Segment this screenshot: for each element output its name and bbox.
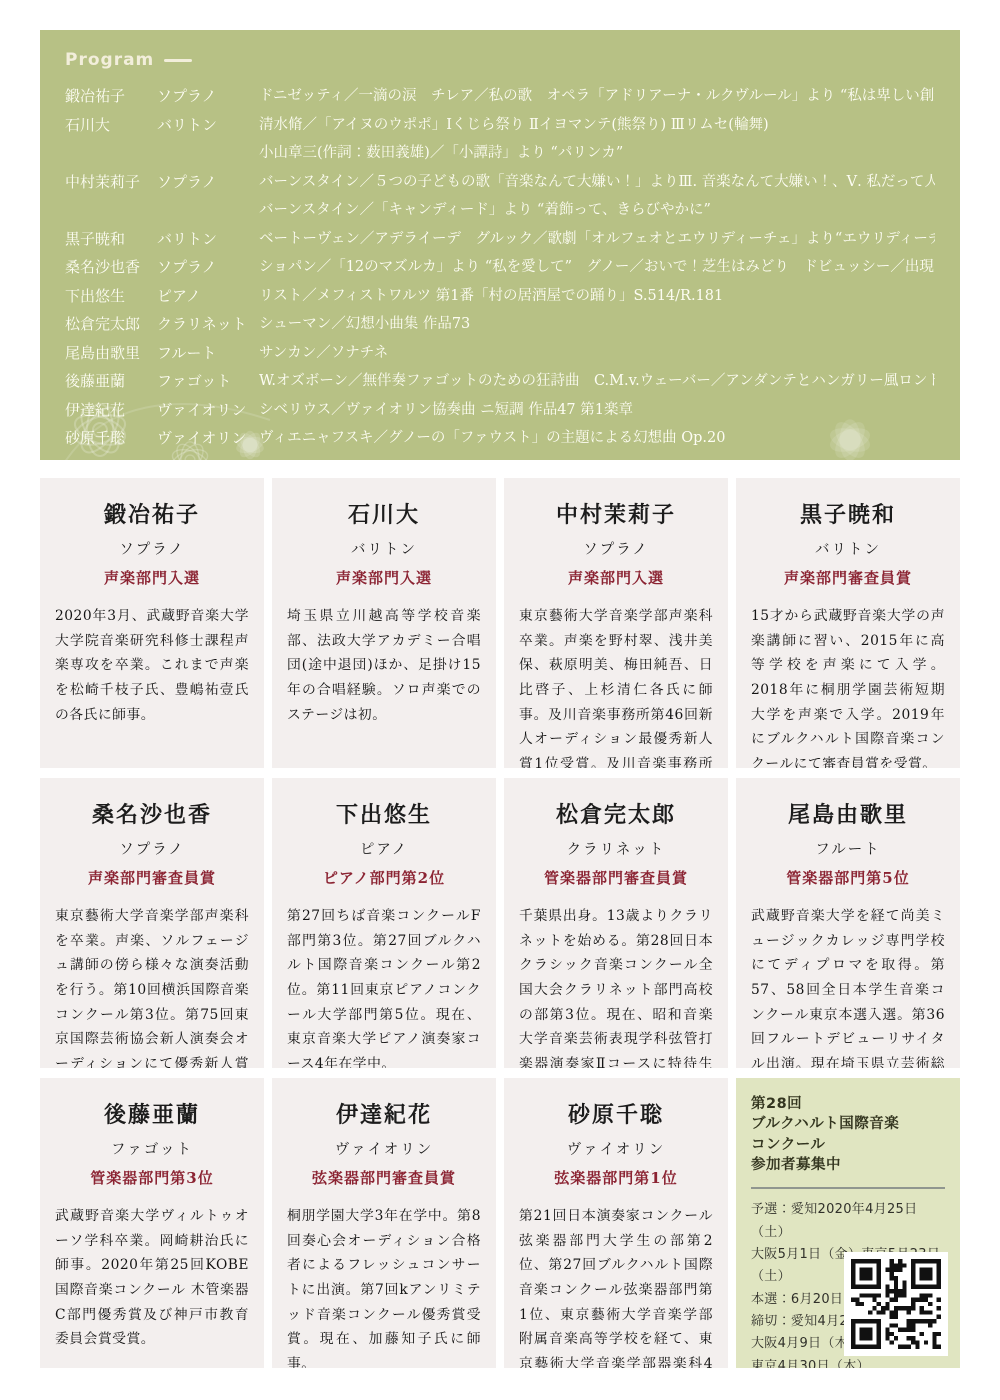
competition-notice: 第28回ブルクハルト国際音楽コンクール参加者募集中 予選：愛知2020年4月25… xyxy=(736,1078,960,1368)
profile-name: 尾島由歌里 xyxy=(751,802,945,828)
program-row: 黒子暁和 バリトン ベートーヴェン／アデライーデ グルック／歌劇「オルフェオとエ… xyxy=(65,225,935,254)
notice-title-line: 第28回 xyxy=(751,1094,945,1114)
program-header-dash xyxy=(164,59,192,62)
performer-name: 下出悠生 xyxy=(65,282,157,311)
notice-body-line: 東京4月30日（木） xyxy=(751,1356,945,1368)
notice-title-line: 参加者募集中 xyxy=(751,1155,945,1175)
profile-award: 弦楽器部門審査員賞 xyxy=(287,1167,481,1188)
performer-name: 伊達紀花 xyxy=(65,396,157,425)
profile-bio: 2020年3月、武蔵野音楽大学大学院音楽研究科修士課程声楽専攻を卒業。これまで声… xyxy=(55,604,249,727)
performer-name: 後藤亜蘭 xyxy=(65,367,157,396)
performer-pieces: バーンスタイン／５つの子どもの歌「音楽なんて大嫌い！」よりⅢ. 音楽なんて大嫌い… xyxy=(259,168,935,225)
profile-card: 伊達紀花 ヴァイオリン 弦楽器部門審査員賞 桐朋学園大学3年在学中。第8回奏心会… xyxy=(272,1078,496,1368)
profile-name: 桑名沙也香 xyxy=(55,802,249,828)
profile-part: ソプラノ xyxy=(55,538,249,559)
profile-card: 後藤亜蘭 ファゴット 管楽器部門第3位 武蔵野音楽大学ヴィルトゥオーソ学科卒業。… xyxy=(40,1078,264,1368)
notice-title-line: コンクール xyxy=(751,1135,945,1155)
profile-part: ソプラノ xyxy=(55,838,249,859)
performer-part: ヴァイオリン xyxy=(157,424,259,453)
program-row: 後藤亜蘭 ファゴット W.オズボーン／無伴奏ファゴットのための狂詩曲 C.M.v… xyxy=(65,367,935,396)
qr-code-icon xyxy=(851,1259,941,1349)
profile-part: ヴァイオリン xyxy=(519,1138,713,1159)
profile-name: 中村茉莉子 xyxy=(519,502,713,528)
profile-award: 管楽器部門第3位 xyxy=(55,1167,249,1188)
performer-name: 松倉完太郎 xyxy=(65,310,157,339)
performer-pieces: シベリウス／ヴァイオリン協奏曲 ニ短調 作品47 第1楽章 xyxy=(259,396,935,425)
piece-line: リスト／メフィストワルツ 第1番「村の居酒屋での踊り」S.514/R.181 xyxy=(259,282,935,311)
notice-title: 第28回ブルクハルト国際音楽コンクール参加者募集中 xyxy=(751,1094,945,1175)
profile-bio: 武蔵野音楽大学ヴィルトゥオーソ学科卒業。岡崎耕治氏に師事。2020年第25回KO… xyxy=(55,1204,249,1351)
profile-card: 砂原千聡 ヴァイオリン 弦楽器部門第1位 第21回日本演奏家コンクール弦楽器部門… xyxy=(504,1078,728,1368)
piece-line: シューマン／幻想小曲集 作品73 xyxy=(259,310,935,339)
profile-card: 松倉完太郎 クラリネット 管楽器部門審査員賞 千葉県出身。13歳よりクラリネット… xyxy=(504,778,728,1068)
piece-line: ショパン／「12のマズルカ」より “私を愛して” グノー／おいで！芝生はみどり … xyxy=(259,253,935,282)
performer-pieces: サンカン／ソナチネ xyxy=(259,339,935,368)
profile-card: 下出悠生 ピアノ ピアノ部門第2位 第27回ちば音楽コンクールF部門第3位。第2… xyxy=(272,778,496,1068)
performer-name: 鍛冶祐子 xyxy=(65,82,157,111)
program-row: 下出悠生 ピアノ リスト／メフィストワルツ 第1番「村の居酒屋での踊り」S.51… xyxy=(65,282,935,311)
profile-award: 弦楽器部門第1位 xyxy=(519,1167,713,1188)
piece-line: W.オズボーン／無伴奏ファゴットのための狂詩曲 C.M.v.ウェーバー／アンダン… xyxy=(259,367,935,396)
profile-award: 声楽部門入選 xyxy=(519,567,713,588)
profile-part: ヴァイオリン xyxy=(287,1138,481,1159)
profile-award: 管楽器部門第5位 xyxy=(751,867,945,888)
profile-part: クラリネット xyxy=(519,838,713,859)
profile-award: ピアノ部門第2位 xyxy=(287,867,481,888)
program-row: 中村茉莉子 ソプラノ バーンスタイン／５つの子どもの歌「音楽なんて大嫌い！」より… xyxy=(65,168,935,225)
performer-part: バリトン xyxy=(157,111,259,140)
profile-bio: 15才から武蔵野音楽大学の声楽講師に習い、2015年に高等学校を声楽にて入学。2… xyxy=(751,604,945,768)
profile-award: 声楽部門審査員賞 xyxy=(55,867,249,888)
piece-line: ヴィエニャフスキ／グノーの「ファウスト」の主題による幻想曲 Op.20 xyxy=(259,424,935,453)
profile-card: 中村茉莉子 ソプラノ 声楽部門入選 東京藝術大学音楽学部声楽科卒業。声楽を野村翠… xyxy=(504,478,728,768)
program-row: 松倉完太郎 クラリネット シューマン／幻想小曲集 作品73 xyxy=(65,310,935,339)
piece-line: ドニゼッティ／一滴の涙 チレア／私の歌 オペラ「アドリアーナ・ルクヴルール」より… xyxy=(259,82,935,111)
profile-name: 伊達紀花 xyxy=(287,1102,481,1128)
profile-name: 黒子暁和 xyxy=(751,502,945,528)
performer-pieces: リスト／メフィストワルツ 第1番「村の居酒屋での踊り」S.514/R.181 xyxy=(259,282,935,311)
notice-divider xyxy=(751,1187,945,1189)
profile-card: 鍛冶祐子 ソプラノ 声楽部門入選 2020年3月、武蔵野音楽大学大学院音楽研究科… xyxy=(40,478,264,768)
profile-name: 石川大 xyxy=(287,502,481,528)
program-rows: 鍛冶祐子 ソプラノ ドニゼッティ／一滴の涙 チレア／私の歌 オペラ「アドリアーナ… xyxy=(65,82,935,453)
profile-name: 松倉完太郎 xyxy=(519,802,713,828)
performer-name: 石川大 xyxy=(65,111,157,140)
performer-part: フルート xyxy=(157,339,259,368)
performer-part: ソプラノ xyxy=(157,253,259,282)
profile-part: バリトン xyxy=(287,538,481,559)
performer-pieces: シューマン／幻想小曲集 作品73 xyxy=(259,310,935,339)
performer-part: ソプラノ xyxy=(157,82,259,111)
performer-name: 尾島由歌里 xyxy=(65,339,157,368)
profiles-grid: 鍛冶祐子 ソプラノ 声楽部門入選 2020年3月、武蔵野音楽大学大学院音楽研究科… xyxy=(40,478,960,1368)
piece-line: シベリウス／ヴァイオリン協奏曲 ニ短調 作品47 第1楽章 xyxy=(259,396,935,425)
performer-part: ファゴット xyxy=(157,367,259,396)
profile-bio: 桐朋学園大学3年在学中。第8回奏心会オーディション合格者によるフレッシュコンサー… xyxy=(287,1204,481,1368)
performer-name: 桑名沙也香 xyxy=(65,253,157,282)
piece-line: 清水脩／「アイヌのウポポ」Ⅰくじら祭り Ⅱイヨマンテ(熊祭り) Ⅲリムセ(輪舞) xyxy=(259,111,935,140)
performer-part: クラリネット xyxy=(157,310,259,339)
profile-award: 声楽部門入選 xyxy=(55,567,249,588)
notice-title-line: ブルクハルト国際音楽 xyxy=(751,1114,945,1134)
profile-card: 石川大 バリトン 声楽部門入選 埼玉県立川越高等学校音楽部、法政大学アカデミー合… xyxy=(272,478,496,768)
profile-part: ソプラノ xyxy=(519,538,713,559)
profile-bio: 第27回ちば音楽コンクールF部門第3位。第27回ブルクハルト国際音楽コンクール第… xyxy=(287,904,481,1068)
program-row: 桑名沙也香 ソプラノ ショパン／「12のマズルカ」より “私を愛して” グノー／… xyxy=(65,253,935,282)
performer-pieces: 清水脩／「アイヌのウポポ」Ⅰくじら祭り Ⅱイヨマンテ(熊祭り) Ⅲリムセ(輪舞)… xyxy=(259,111,935,168)
program-header: Program xyxy=(65,50,935,70)
profile-award: 声楽部門審査員賞 xyxy=(751,567,945,588)
program-row: 伊達紀花 ヴァイオリン シベリウス／ヴァイオリン協奏曲 ニ短調 作品47 第1楽… xyxy=(65,396,935,425)
profile-award: 管楽器部門審査員賞 xyxy=(519,867,713,888)
performer-pieces: ヴィエニャフスキ／グノーの「ファウスト」の主題による幻想曲 Op.20 xyxy=(259,424,935,453)
profile-bio: 埼玉県立川越高等学校音楽部、法政大学アカデミー合唱団(途中退団)ほか、足掛け15… xyxy=(287,604,481,727)
profile-card: 桑名沙也香 ソプラノ 声楽部門審査員賞 東京藝術大学音楽学部声楽科を卒業。声楽、… xyxy=(40,778,264,1068)
program-row: 尾島由歌里 フルート サンカン／ソナチネ xyxy=(65,339,935,368)
profile-bio: 千葉県出身。13歳よりクラリネットを始める。第28回日本クラシック音楽コンクール… xyxy=(519,904,713,1068)
profile-bio: 第21回日本演奏家コンクール弦楽器部門大学生の部第2位、第27回ブルクハルト国際… xyxy=(519,1204,713,1368)
performer-name: 黒子暁和 xyxy=(65,225,157,254)
piece-line: サンカン／ソナチネ xyxy=(259,339,935,368)
notice-body-line: 予選：愛知2020年4月25日（土） xyxy=(751,1199,945,1244)
profile-part: フルート xyxy=(751,838,945,859)
program-title: Program xyxy=(65,50,154,70)
profile-part: ピアノ xyxy=(287,838,481,859)
profile-bio: 東京藝術大学音楽学部声楽科卒業。声楽を野村翠、浅井美保、萩原明美、梅田純吾、日比… xyxy=(519,604,713,768)
profile-name: 後藤亜蘭 xyxy=(55,1102,249,1128)
profile-bio: 東京藝術大学音楽学部声楽科を卒業。声楽、ソルフェージュ講師の傍ら様々な演奏活動を… xyxy=(55,904,249,1068)
performer-pieces: ベートーヴェン／アデライーデ グルック／歌劇「オルフェオとエウリディーチェ」より… xyxy=(259,225,935,254)
profile-card: 黒子暁和 バリトン 声楽部門審査員賞 15才から武蔵野音楽大学の声楽講師に習い、… xyxy=(736,478,960,768)
performer-part: バリトン xyxy=(157,225,259,254)
performer-part: ヴァイオリン xyxy=(157,396,259,425)
performer-name: 中村茉莉子 xyxy=(65,168,157,197)
piece-line: バーンスタイン／「キャンディード」より “着飾って、きらびやかに” xyxy=(259,196,935,225)
performer-pieces: ショパン／「12のマズルカ」より “私を愛して” グノー／おいで！芝生はみどり … xyxy=(259,253,935,282)
profile-card: 尾島由歌里 フルート 管楽器部門第5位 武蔵野音楽大学を経て尚美ミュージックカレ… xyxy=(736,778,960,1068)
profile-name: 下出悠生 xyxy=(287,802,481,828)
profile-bio: 武蔵野音楽大学を経て尚美ミュージックカレッジ専門学校にてディプロマを取得。第57… xyxy=(751,904,945,1068)
program-row: 鍛冶祐子 ソプラノ ドニゼッティ／一滴の涙 チレア／私の歌 オペラ「アドリアーナ… xyxy=(65,82,935,111)
program-row: 石川大 バリトン 清水脩／「アイヌのウポポ」Ⅰくじら祭り Ⅱイヨマンテ(熊祭り)… xyxy=(65,111,935,168)
performer-pieces: ドニゼッティ／一滴の涙 チレア／私の歌 オペラ「アドリアーナ・ルクヴルール」より… xyxy=(259,82,935,111)
piece-line: 小山章三(作詞：薮田義雄)／「小譚詩」より “パリンカ” xyxy=(259,139,935,168)
program-block: Program 鍛冶祐子 ソプラノ ドニゼッティ／一滴の涙 チレア／私の歌 オペ… xyxy=(40,30,960,460)
performer-part: ソプラノ xyxy=(157,168,259,197)
performer-name: 砂原千聡 xyxy=(65,424,157,453)
program-row: 砂原千聡 ヴァイオリン ヴィエニャフスキ／グノーの「ファウスト」の主題による幻想… xyxy=(65,424,935,453)
profile-part: ファゴット xyxy=(55,1138,249,1159)
qr-code xyxy=(844,1252,948,1356)
piece-line: バーンスタイン／５つの子どもの歌「音楽なんて大嫌い！」よりⅢ. 音楽なんて大嫌い… xyxy=(259,168,935,197)
profile-name: 砂原千聡 xyxy=(519,1102,713,1128)
piece-line: ベートーヴェン／アデライーデ グルック／歌劇「オルフェオとエウリディーチェ」より… xyxy=(259,225,935,254)
profile-part: バリトン xyxy=(751,538,945,559)
performer-pieces: W.オズボーン／無伴奏ファゴットのための狂詩曲 C.M.v.ウェーバー／アンダン… xyxy=(259,367,935,396)
performer-part: ピアノ xyxy=(157,282,259,311)
profile-award: 声楽部門入選 xyxy=(287,567,481,588)
profile-name: 鍛冶祐子 xyxy=(55,502,249,528)
